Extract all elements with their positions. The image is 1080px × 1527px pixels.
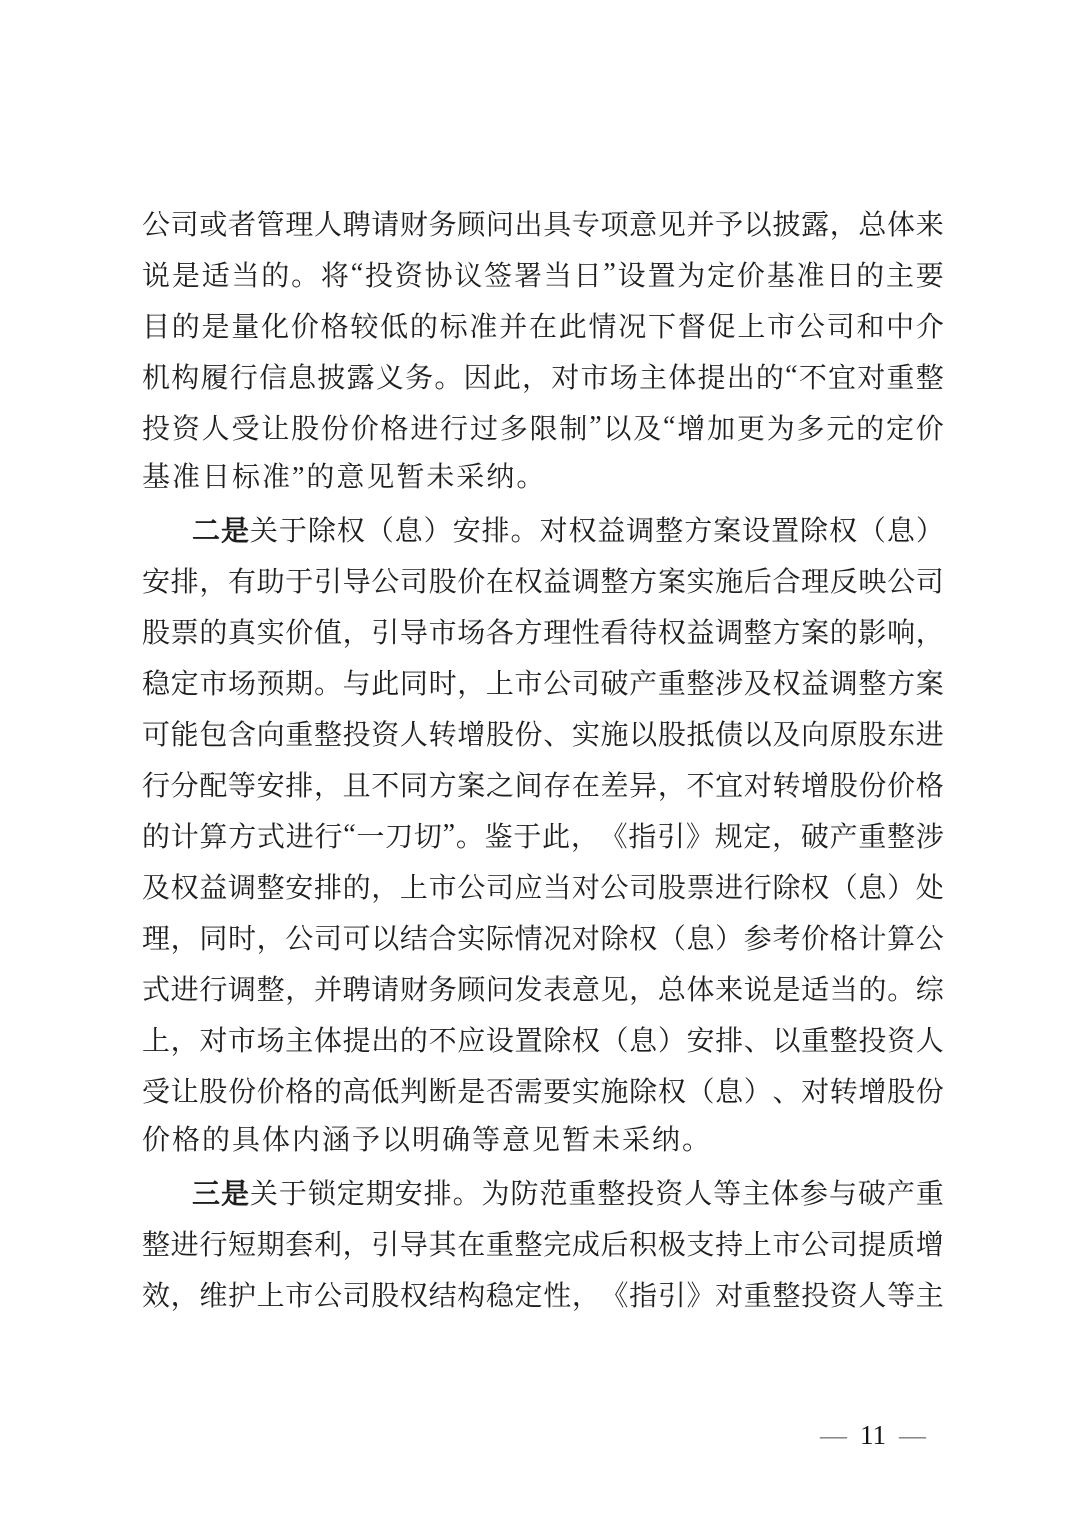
char: 整 [597, 1172, 625, 1212]
char: （ [366, 509, 394, 549]
char: 项 [601, 203, 629, 243]
char: 市 [772, 1223, 800, 1263]
char: 司 [314, 917, 342, 957]
char: 来 [715, 968, 743, 1008]
char: 调 [715, 611, 743, 651]
char: 有 [228, 560, 256, 600]
char: 转 [429, 713, 457, 753]
char: 是 [772, 968, 800, 1008]
char: 案 [713, 509, 741, 549]
char: 方 [684, 509, 712, 549]
char: 破 [858, 1172, 886, 1212]
char: 问 [486, 968, 514, 1008]
char: 综 [916, 968, 944, 1008]
char: 排 [171, 560, 199, 600]
char: 受 [142, 1070, 170, 1110]
char: 量 [231, 305, 259, 345]
char: ， [171, 1019, 199, 1059]
char: 刀 [385, 815, 413, 855]
char: 与 [343, 662, 371, 702]
char: 上 [486, 662, 514, 702]
char: 可 [142, 713, 170, 753]
char: 市 [515, 662, 543, 702]
char: 上 [142, 1019, 170, 1059]
char: 原 [830, 713, 858, 753]
char: 范 [539, 1172, 567, 1212]
char: ） [916, 509, 944, 549]
char: 规 [715, 815, 743, 855]
char: 定 [707, 254, 735, 294]
char: 提 [343, 1019, 371, 1059]
char: 安 [395, 1172, 423, 1212]
char: 重 [744, 1274, 772, 1314]
page-number: 11 [860, 1420, 886, 1451]
char: 市 [285, 1274, 313, 1314]
char: 格 [381, 407, 409, 447]
char: 排 [314, 866, 342, 906]
char: 促 [708, 305, 736, 345]
char: 与 [829, 1172, 857, 1212]
char: 重 [486, 1223, 514, 1263]
char: 合 [429, 917, 457, 957]
char: 多 [500, 407, 528, 447]
char: 价 [257, 1070, 285, 1110]
char: 份 [916, 1070, 944, 1110]
char: 极 [658, 1223, 686, 1263]
char: 权 [337, 509, 365, 549]
char: 合 [772, 560, 800, 600]
char: 切 [414, 815, 442, 855]
char: 专 [572, 203, 600, 243]
char: 能 [171, 713, 199, 753]
char: 时 [429, 662, 457, 702]
char: 并 [314, 968, 342, 1008]
char: 的 [199, 611, 227, 651]
char: 整 [314, 713, 342, 753]
char: 增 [858, 1070, 886, 1110]
char: 对 [539, 509, 567, 549]
char: 及 [744, 662, 772, 702]
text-line: 整进行短期套利，引导其在重整完成后积极支持上市公司提质增 [142, 1217, 944, 1268]
char: 的 [410, 305, 438, 345]
char: 场 [257, 1019, 285, 1059]
char: ） [658, 1019, 686, 1059]
char: 主 [916, 1274, 944, 1314]
char: 应 [457, 1019, 485, 1059]
char: 整 [916, 356, 944, 396]
char: 计 [171, 815, 199, 855]
paragraph-3: 三是关于锁定期安排。为防范重整投资人等主体参与破产重 整进行短期套利，引导其在重… [142, 1166, 944, 1319]
char: 资 [395, 254, 423, 294]
char: 份 [321, 407, 349, 447]
char: 指 [628, 815, 656, 855]
char: 过 [470, 407, 498, 447]
char: 反 [830, 560, 858, 600]
char: ， [457, 662, 485, 702]
char: 股 [830, 764, 858, 804]
char: 分 [171, 764, 199, 804]
char: 整 [887, 815, 915, 855]
char: 益 [686, 611, 714, 651]
char: 情 [515, 917, 543, 957]
char: 或 [199, 203, 227, 243]
char: 利 [314, 1223, 342, 1263]
char: （ [858, 509, 886, 549]
char: 公 [797, 305, 825, 345]
char: 披 [772, 203, 800, 243]
char: 司 [827, 305, 855, 345]
text-line: 效，维护上市公司股权结构稳定性，《指引》对重整投资人等主 [142, 1268, 944, 1319]
char: 设 [618, 254, 646, 294]
char: 安 [686, 1019, 714, 1059]
char: 稳 [486, 1274, 514, 1314]
text-line: 行分配等安排，且不同方案之间存在差异，不宜对转增股份价格 [142, 758, 944, 809]
char: 息 [715, 1070, 743, 1110]
char: 理 [142, 917, 170, 957]
char: 人 [858, 1274, 886, 1314]
char: （ [686, 1070, 714, 1110]
text-line: 价格的具体内涵予以明确等意见暂未采纳。 [142, 1115, 944, 1166]
char: 算 [200, 815, 228, 855]
char: 对 [801, 1070, 829, 1110]
char: 务 [429, 203, 457, 243]
char: 实 [572, 1070, 600, 1110]
char: 配 [199, 764, 227, 804]
char: 锁 [308, 1172, 336, 1212]
char: 投 [858, 1019, 886, 1059]
char: 权 [572, 1019, 600, 1059]
page-number-right-dash: — [899, 1420, 926, 1451]
char: 重 [858, 815, 886, 855]
document-body-text: 公司或者管理人聘请财务顾问出具专项意见并予以披露，总体来 说是适当的。将“投资协… [142, 197, 944, 1319]
char: 方 [629, 560, 657, 600]
char: 排 [424, 1172, 452, 1212]
char: 当 [543, 866, 571, 906]
char: 低 [371, 1070, 399, 1110]
char: 案 [457, 764, 485, 804]
char: 问 [486, 203, 514, 243]
char: 资 [655, 1172, 683, 1212]
char: ， [658, 764, 686, 804]
char: 否 [486, 1070, 514, 1110]
char: 排 [482, 509, 510, 549]
char: 《 [600, 815, 628, 855]
char: 设 [742, 509, 770, 549]
char: 况 [543, 917, 571, 957]
char: 来 [916, 203, 944, 243]
char: 投 [801, 1274, 829, 1314]
char: 护 [228, 1274, 256, 1314]
char: 要 [916, 254, 944, 294]
char: 》 [686, 815, 714, 855]
char: 人 [400, 713, 428, 753]
char: 不 [429, 1019, 457, 1059]
char: 性 [543, 1274, 571, 1314]
char: 整 [686, 662, 714, 702]
char: 质 [887, 1223, 915, 1263]
char: 和 [856, 305, 884, 345]
char: 方 [228, 815, 256, 855]
char: 整 [142, 1223, 170, 1263]
char: 履 [200, 356, 228, 396]
char: 督 [678, 305, 706, 345]
char: 调 [830, 662, 858, 702]
char: 向 [801, 713, 829, 753]
char: 导 [400, 611, 428, 651]
char: 价 [887, 764, 915, 804]
char: 价 [285, 611, 313, 651]
char: 出 [371, 1019, 399, 1059]
char: 权 [772, 662, 800, 702]
char: 高 [343, 1070, 371, 1110]
char: 理 [543, 611, 571, 651]
char: 公 [142, 203, 170, 243]
char: 主 [886, 254, 914, 294]
char: 受 [231, 407, 259, 447]
char: 、 [744, 1019, 772, 1059]
char: 断 [429, 1070, 457, 1110]
char: 重 [285, 713, 313, 753]
char: 的 [856, 407, 884, 447]
char: 益 [199, 866, 227, 906]
char: 涉 [916, 815, 944, 855]
char: 案 [658, 560, 686, 600]
char: 及 [772, 713, 800, 753]
char: 增 [801, 764, 829, 804]
char: 包 [199, 713, 227, 753]
char: 股 [429, 560, 457, 600]
char: 引 [657, 815, 685, 855]
char: 置 [647, 254, 675, 294]
text-line: 及权益调整安排的，上市公司应当对公司股票进行除权（息）处 [142, 860, 944, 911]
char: 情 [588, 305, 616, 345]
text-line: 股票的真实价值，引导市场各方理性看待权益调整方案的影响， [142, 605, 944, 656]
char: 真 [228, 611, 256, 651]
char: 息 [395, 509, 423, 549]
char: 成 [572, 1223, 600, 1263]
char: 重 [658, 662, 686, 702]
char: 管 [257, 203, 285, 243]
char: 三 [192, 1172, 220, 1212]
char: 除 [772, 866, 800, 906]
char: 意 [629, 203, 657, 243]
char: 聘 [343, 203, 371, 243]
char: 指 [629, 1274, 657, 1314]
char: 投 [365, 254, 393, 294]
char: 待 [629, 611, 657, 651]
char: 的 [142, 815, 170, 855]
char: 设 [486, 1019, 514, 1059]
char: 施 [715, 560, 743, 600]
char: 整 [257, 968, 285, 1008]
char: 当 [830, 968, 858, 1008]
char: 格 [916, 764, 944, 804]
char: 行 [744, 866, 772, 906]
char: 响 [887, 611, 915, 651]
char: 市 [228, 1019, 256, 1059]
char: 议 [454, 254, 482, 294]
char: 价 [351, 407, 379, 447]
char: 构 [171, 356, 199, 396]
char: 资 [172, 407, 200, 447]
char: 对 [199, 1019, 227, 1059]
char: 在 [457, 1223, 485, 1263]
char: 定 [743, 815, 771, 855]
char: 的 [858, 968, 886, 1008]
char: 效 [142, 1274, 170, 1314]
char: ， [199, 560, 227, 600]
char: “ [351, 258, 363, 290]
char: 实 [457, 917, 485, 957]
char: 体 [314, 1019, 342, 1059]
char: 准 [797, 254, 825, 294]
char: 公 [314, 1274, 342, 1314]
text-line: 目的是量化价格较低的标准并在此情况下督促上市公司和中介 [142, 299, 944, 350]
char: 值 [314, 611, 342, 651]
char: ， [314, 764, 342, 804]
char: 息 [288, 356, 316, 396]
char: 其 [429, 1223, 457, 1263]
char: 低 [380, 305, 408, 345]
char: 份 [515, 713, 543, 753]
char: ） [887, 866, 915, 906]
char: 判 [400, 1070, 428, 1110]
char: 份 [858, 764, 886, 804]
char: 此 [542, 815, 570, 855]
char: 为 [767, 407, 795, 447]
char: 基 [767, 254, 795, 294]
char: 整 [772, 1274, 800, 1314]
char: 行 [315, 815, 343, 855]
char: 进 [916, 713, 944, 753]
char: 二 [192, 509, 220, 549]
char: 差 [601, 764, 629, 804]
char: 及 [633, 407, 661, 447]
char: 重 [801, 1019, 829, 1059]
char: 含 [228, 713, 256, 753]
char: 以 [744, 713, 772, 753]
char: 且 [343, 764, 371, 804]
char: ） [744, 1070, 772, 1110]
char: 资 [371, 713, 399, 753]
char: 场 [457, 611, 485, 651]
char: 式 [257, 815, 285, 855]
char: ， [285, 968, 313, 1008]
char: 完 [543, 1223, 571, 1263]
char: （ [830, 866, 858, 906]
char: ” [589, 411, 601, 443]
char: 体 [686, 968, 714, 1008]
char: 映 [858, 560, 886, 600]
char: 司 [572, 662, 600, 702]
char: 以 [629, 713, 657, 753]
char: 稳 [142, 662, 170, 702]
char: 格 [285, 1070, 313, 1110]
char: 公 [371, 560, 399, 600]
char: 不 [686, 764, 714, 804]
char: 此 [559, 305, 587, 345]
char: 参 [800, 1172, 828, 1212]
char: 股 [199, 1070, 227, 1110]
char: 息 [629, 1019, 657, 1059]
char: 后 [744, 560, 772, 600]
char: 元 [826, 407, 854, 447]
char: 表 [543, 968, 571, 1008]
char: 主 [639, 356, 667, 396]
char: 维 [199, 1274, 227, 1314]
char: 异 [629, 764, 657, 804]
char: 安 [257, 764, 285, 804]
char: 限 [530, 407, 558, 447]
char: 的 [856, 254, 884, 294]
char: 之 [486, 764, 514, 804]
char: ” [603, 258, 615, 290]
char: 整 [257, 866, 285, 906]
char: 各 [486, 611, 514, 651]
char: 。 [453, 1172, 481, 1212]
char: 益 [597, 509, 625, 549]
char: 调 [228, 968, 256, 1008]
char: 司 [486, 866, 514, 906]
char: ， [916, 611, 944, 651]
char: 息 [686, 917, 714, 957]
char: 签 [484, 254, 512, 294]
char: 权 [515, 560, 543, 600]
char: 权 [629, 917, 657, 957]
char: 不 [371, 764, 399, 804]
char: 产 [830, 815, 858, 855]
char: 市 [429, 866, 457, 906]
char: 方 [772, 611, 800, 651]
char: 整 [655, 509, 683, 549]
char: 定 [515, 1274, 543, 1314]
char: 价 [291, 305, 319, 345]
char: 定 [886, 407, 914, 447]
char: 对 [744, 764, 772, 804]
text-line: 公司或者管理人聘请财务顾问出具专项意见并予以披露，总体来 [142, 197, 944, 248]
char: 财 [400, 968, 428, 1008]
char: 同 [400, 662, 428, 702]
char: 于 [513, 815, 541, 855]
char: 于 [285, 560, 313, 600]
char: 权 [568, 509, 596, 549]
char: 标 [440, 305, 468, 345]
char: 机 [142, 356, 170, 396]
char: 结 [429, 1274, 457, 1314]
char: 调 [572, 560, 600, 600]
char: 抵 [686, 713, 714, 753]
char: 出 [515, 203, 543, 243]
char: 整 [515, 1223, 543, 1263]
char: 调 [228, 866, 256, 906]
char: 引 [371, 611, 399, 651]
text-line-paragraph-lead: 三是关于锁定期安排。为防范重整投资人等主体参与破产重 [142, 1166, 944, 1217]
char: 预 [257, 662, 285, 702]
char: 股 [371, 1274, 399, 1314]
char: 考 [772, 917, 800, 957]
char: 实 [257, 611, 285, 651]
char: 进 [715, 866, 743, 906]
char: 权 [400, 1274, 428, 1314]
char: 等 [713, 1172, 741, 1212]
char: 权 [801, 866, 829, 906]
char: 积 [629, 1223, 657, 1263]
char: 格 [321, 305, 349, 345]
char: 时 [228, 917, 256, 957]
char: 人 [684, 1172, 712, 1212]
char: ， [343, 611, 371, 651]
char: 人 [314, 203, 342, 243]
